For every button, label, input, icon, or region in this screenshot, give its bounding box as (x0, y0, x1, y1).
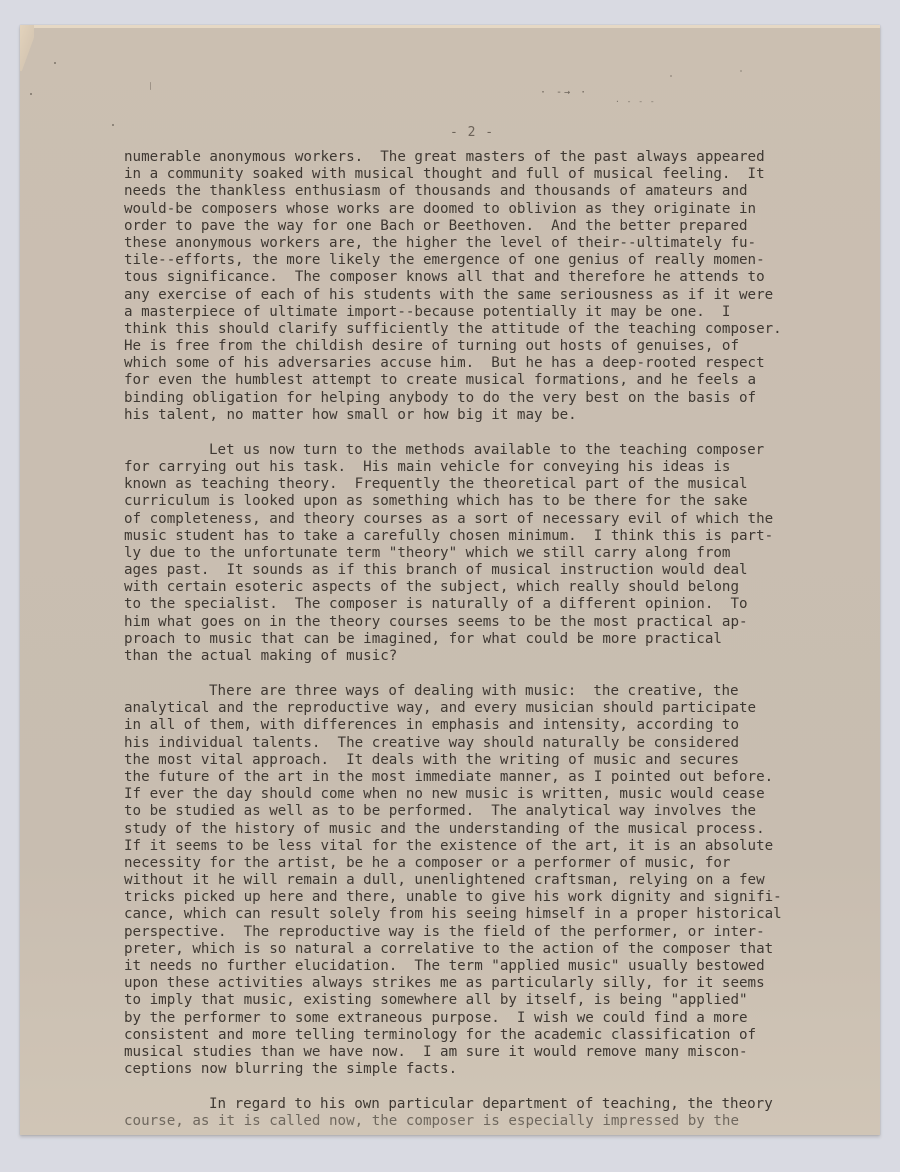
ink-speck (150, 82, 151, 90)
text-line: In regard to his own particular departme… (124, 1096, 824, 1113)
text-line: preter, which is so natural a correlativ… (124, 941, 824, 958)
text-line: in all of them, with differences in emph… (124, 717, 824, 734)
document-body: numerable anonymous workers. The great m… (124, 149, 824, 1131)
text-line: consistent and more telling terminology … (124, 1027, 824, 1044)
text-line: in a community soaked with musical thoug… (124, 166, 824, 183)
text-line: cance, which can result solely from his … (124, 906, 824, 923)
text-line: a masterpiece of ultimate import--becaus… (124, 304, 824, 321)
stray-typed-mark: · - - - (615, 97, 656, 106)
text-line: him what goes on in the theory courses s… (124, 614, 824, 631)
text-line: to be studied as well as to be performed… (124, 803, 824, 820)
paragraph: numerable anonymous workers. The great m… (124, 149, 824, 424)
text-line: by the performer to some extraneous purp… (124, 1010, 824, 1027)
paragraph: In regard to his own particular departme… (124, 1096, 824, 1130)
text-line: musical studies than we have now. I am s… (124, 1044, 824, 1061)
text-line: for carrying out his task. His main vehi… (124, 459, 824, 476)
ink-speck (112, 124, 114, 126)
text-line: would-be composers whose works are doome… (124, 201, 824, 218)
text-line: If it seems to be less vital for the exi… (124, 838, 824, 855)
text-line: course, as it is called now, the compose… (124, 1113, 824, 1130)
text-line: to imply that music, existing somewhere … (124, 992, 824, 1009)
text-line: the future of the art in the most immedi… (124, 769, 824, 786)
text-line: his talent, no matter how small or how b… (124, 407, 824, 424)
ink-speck (670, 75, 672, 77)
ink-speck (30, 93, 32, 95)
text-line: There are three ways of dealing with mus… (124, 683, 824, 700)
paragraph: There are three ways of dealing with mus… (124, 683, 824, 1078)
folded-corner (20, 25, 34, 71)
text-line: any exercise of each of his students wit… (124, 287, 824, 304)
text-line: without it he will remain a dull, unenli… (124, 872, 824, 889)
text-line: for even the humblest attempt to create … (124, 372, 824, 389)
text-line: curriculum is looked upon as something w… (124, 493, 824, 510)
text-line: his individual talents. The creative way… (124, 735, 824, 752)
text-line: with certain esoteric aspects of the sub… (124, 579, 824, 596)
text-line: binding obligation for helping anybody t… (124, 390, 824, 407)
text-line: needs the thankless enthusiasm of thousa… (124, 183, 824, 200)
text-line: which some of his adversaries accuse him… (124, 355, 824, 372)
text-line: He is free from the childish desire of t… (124, 338, 824, 355)
text-line: ly due to the unfortunate term "theory" … (124, 545, 824, 562)
paragraph: Let us now turn to the methods available… (124, 442, 824, 665)
text-line: think this should clarify sufficiently t… (124, 321, 824, 338)
text-line: it needs no further elucidation. The ter… (124, 958, 824, 975)
page-number: - 2 - (450, 125, 494, 140)
text-line: to the specialist. The composer is natur… (124, 596, 824, 613)
text-line: the most vital approach. It deals with t… (124, 752, 824, 769)
text-line: tile--efforts, the more likely the emerg… (124, 252, 824, 269)
text-line: perspective. The reproductive way is the… (124, 924, 824, 941)
text-line: proach to music that can be imagined, fo… (124, 631, 824, 648)
text-line: ages past. It sounds as if this branch o… (124, 562, 824, 579)
stray-typed-mark: · -→ · (540, 87, 588, 98)
text-line: known as teaching theory. Frequently the… (124, 476, 824, 493)
ink-speck (740, 70, 742, 72)
text-line: tous significance. The composer knows al… (124, 269, 824, 286)
text-line: necessity for the artist, be he a compos… (124, 855, 824, 872)
text-line: music student has to take a carefully ch… (124, 528, 824, 545)
text-line: numerable anonymous workers. The great m… (124, 149, 824, 166)
text-line: tricks picked up here and there, unable … (124, 889, 824, 906)
text-line: If ever the day should come when no new … (124, 786, 824, 803)
text-line: of completeness, and theory courses as a… (124, 511, 824, 528)
text-line: these anonymous workers are, the higher … (124, 235, 824, 252)
text-line: Let us now turn to the methods available… (124, 442, 824, 459)
text-line: analytical and the reproductive way, and… (124, 700, 824, 717)
ink-speck (54, 62, 56, 64)
text-line: than the actual making of music? (124, 648, 824, 665)
text-line: study of the history of music and the un… (124, 821, 824, 838)
text-line: ceptions now blurring the simple facts. (124, 1061, 824, 1078)
text-line: order to pave the way for one Bach or Be… (124, 218, 824, 235)
text-line: upon these activities always strikes me … (124, 975, 824, 992)
